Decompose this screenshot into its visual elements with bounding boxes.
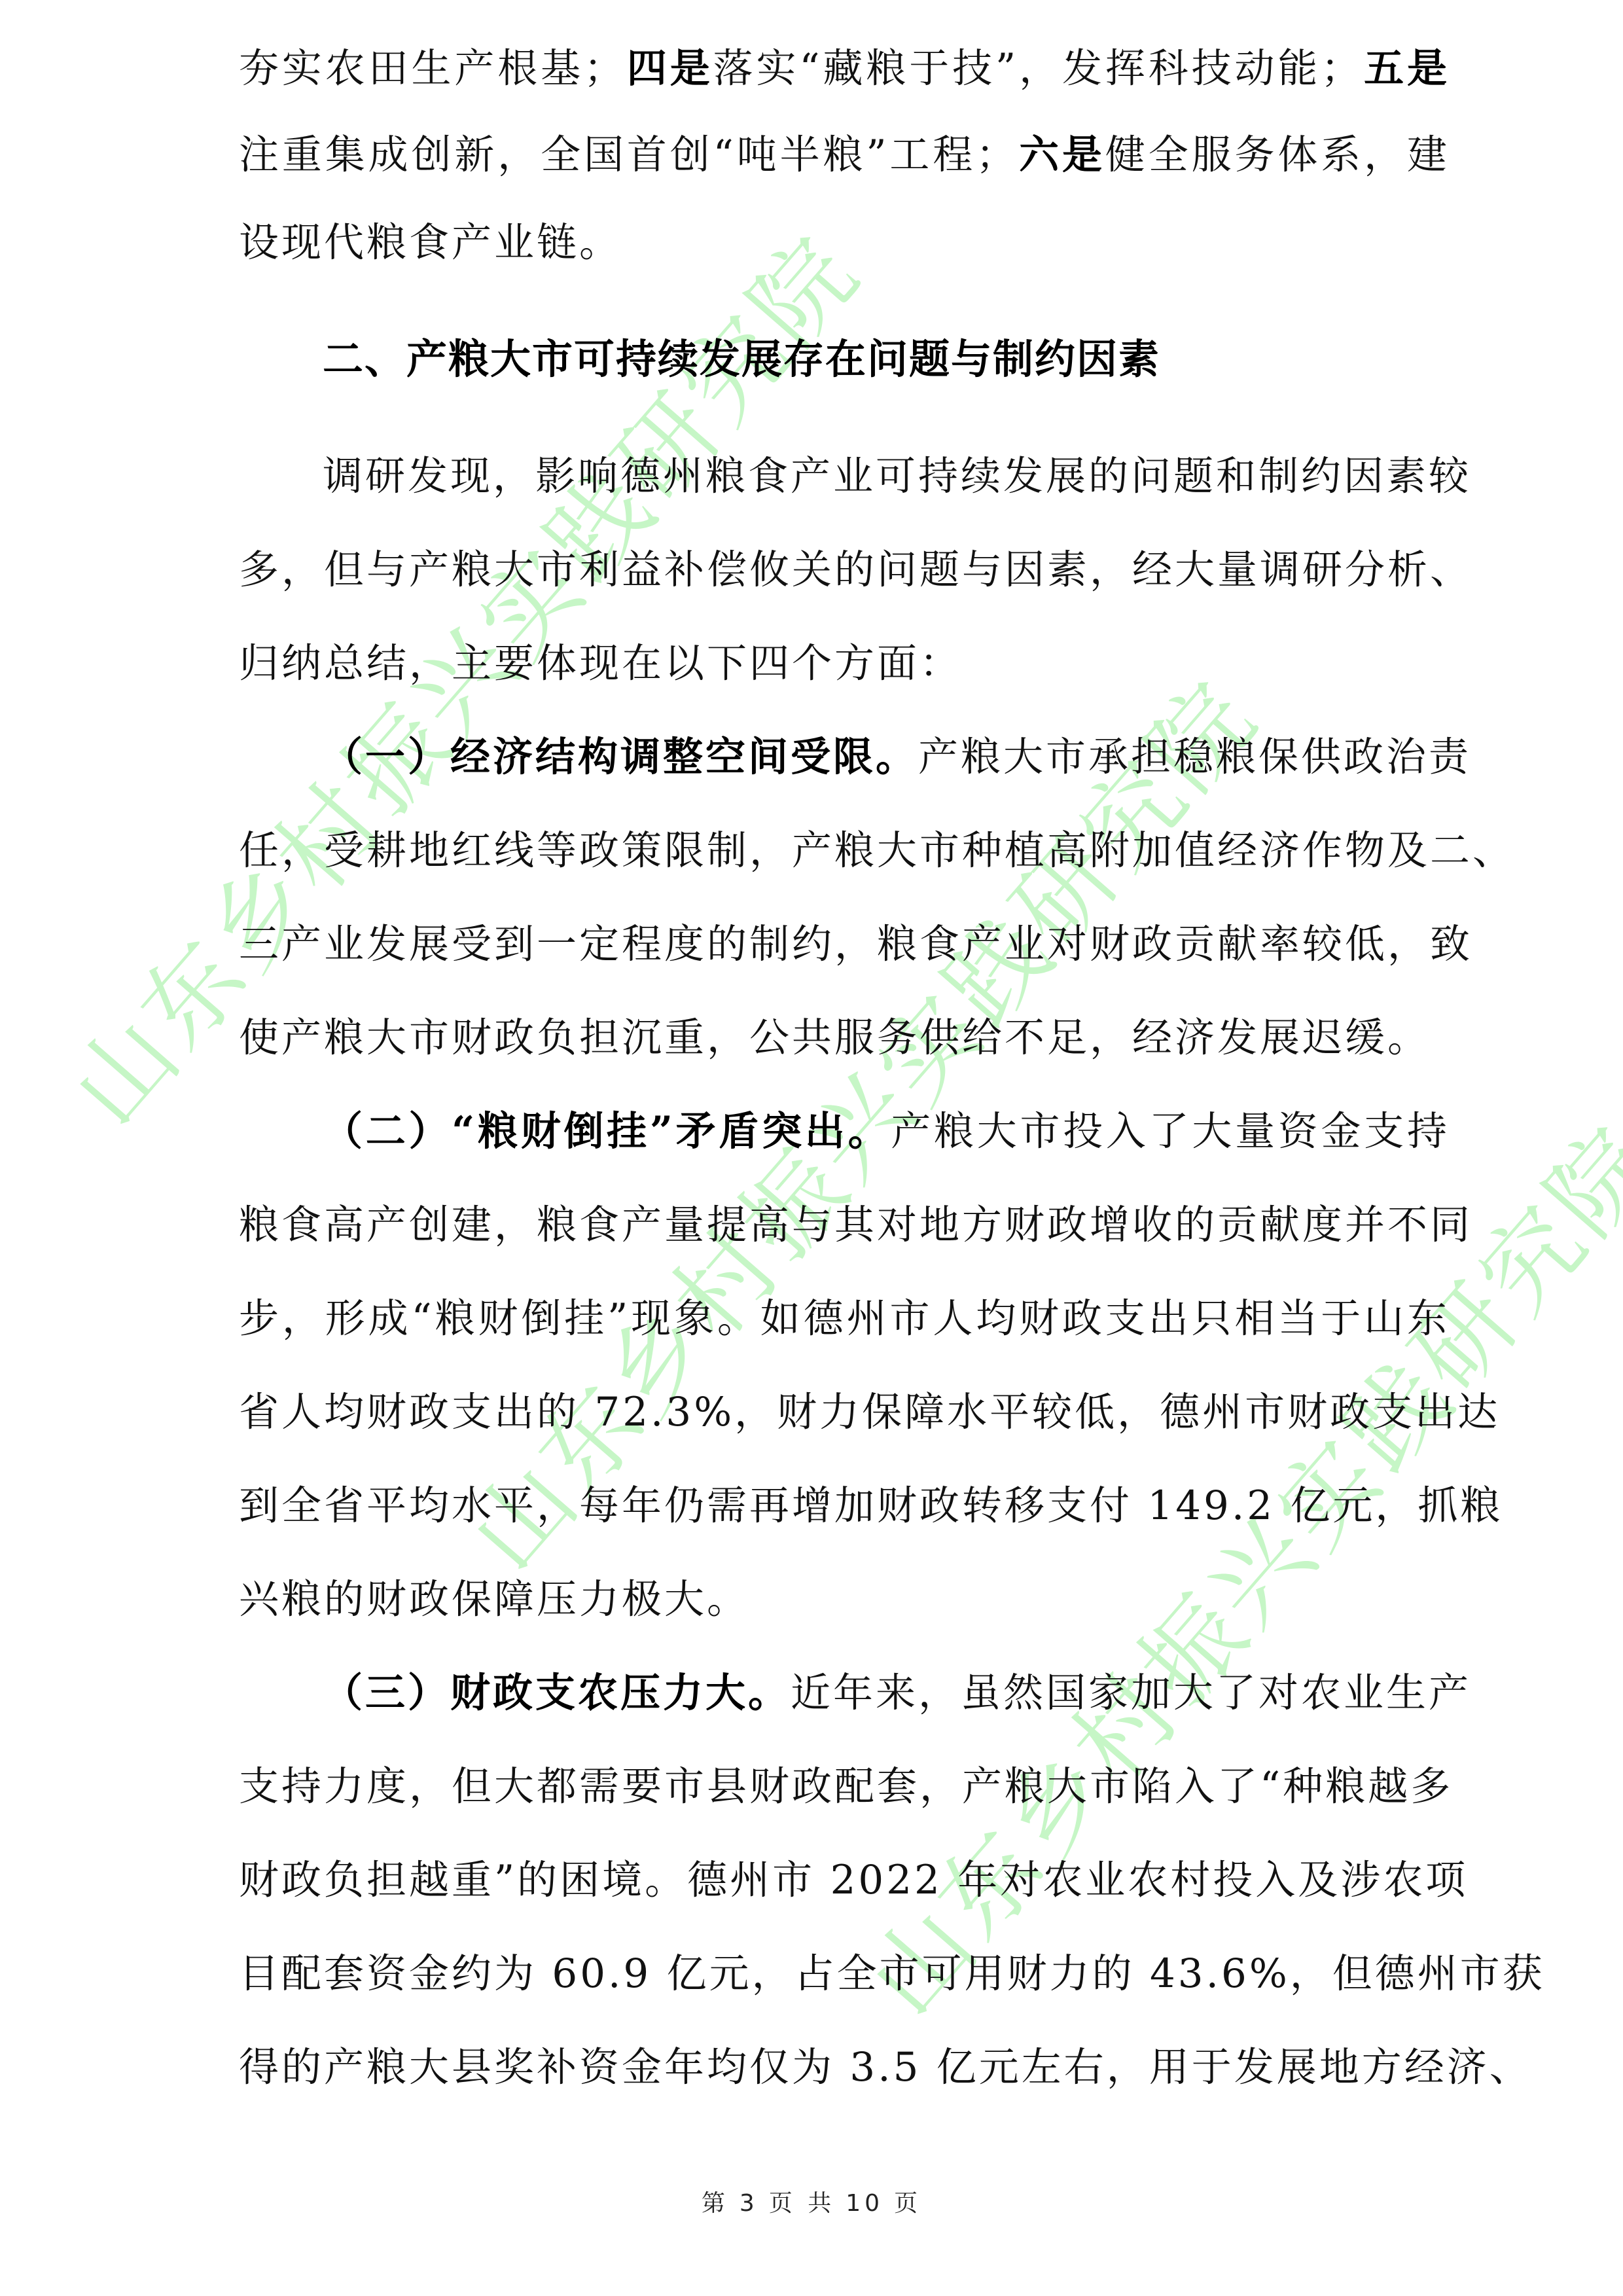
body-line: 调研发现，影响德州粮食产业可持续发展的问题和制约因素较 bbox=[323, 450, 1450, 503]
body-text: 产粮大市承担稳粮保供政治责 bbox=[918, 734, 1471, 780]
total-pages-number: 10 bbox=[846, 2190, 883, 2217]
body-text: 健全服务体系，建 bbox=[1105, 132, 1450, 178]
footer-suffix: 页 bbox=[894, 2190, 921, 2217]
body-line: 夯实农田生产根基；四是落实“藏粮于技”，发挥科技动能；五是 bbox=[239, 43, 1450, 95]
subsection-first-line: （三）财政支农压力大。近年来，虽然国家加大了对农业生产 bbox=[323, 1667, 1450, 1719]
body-text: 近年来，虽然国家加大了对农业生产 bbox=[791, 1670, 1471, 1716]
body-text: 设现代粮食产业链。 bbox=[239, 219, 622, 266]
bold-inline-label: 五是 bbox=[1363, 45, 1450, 92]
subsection-first-line: （二）“粮财倒挂”矛盾突出。产粮大市投入了大量资金支持 bbox=[323, 1105, 1450, 1158]
body-text: 注重集成创新，全国首创“吨半粮”工程； bbox=[239, 132, 1018, 178]
footer-prefix: 第 bbox=[702, 2190, 729, 2217]
body-line: 目配套资金约为 60.9 亿元，占全市可用财力的 43.6%，但德州市获 bbox=[239, 1948, 1450, 2000]
body-line: 设现代粮食产业链。 bbox=[239, 217, 1450, 269]
subsection-title: （一）经济结构调整空间受限。 bbox=[323, 734, 918, 780]
document-page: 山东乡村振兴实践研究院 山东乡村振兴实践研究院 山东乡村振兴实践研究院 夯实农田… bbox=[0, 0, 1623, 2296]
subsection-title: （二）“粮财倒挂”矛盾突出。 bbox=[323, 1108, 891, 1155]
body-line: 三产业发展受到一定程度的制约，粮食产业对财政贡献率较低，致 bbox=[239, 918, 1450, 971]
bold-inline-label: 四是 bbox=[626, 45, 713, 92]
body-text: 产粮大市投入了大量资金支持 bbox=[891, 1108, 1450, 1155]
body-line: 兴粮的财政保障压力极大。 bbox=[239, 1573, 1450, 1626]
body-text: 夯实农田生产根基； bbox=[239, 45, 626, 92]
bold-inline-label: 六是 bbox=[1018, 132, 1105, 178]
body-line: 步，形成“粮财倒挂”现象。如德州市人均财政支出只相当于山东 bbox=[239, 1293, 1450, 1345]
body-line: 粮食高产创建，粮食产量提高与其对地方财政增收的贡献度并不同 bbox=[239, 1199, 1450, 1251]
page-footer: 第3页 共10页 bbox=[0, 2185, 1623, 2218]
body-line: 财政负担越重”的困境。德州市 2022 年对农业农村投入及涉农项 bbox=[239, 1854, 1450, 1907]
body-text: 落实“藏粮于技”，发挥科技动能； bbox=[713, 45, 1364, 92]
subsection-first-line: （一）经济结构调整空间受限。产粮大市承担稳粮保供政治责 bbox=[323, 731, 1450, 783]
body-line: 任，受耕地红线等政策限制，产粮大市种植高附加值经济作物及二、 bbox=[239, 825, 1450, 877]
footer-middle: 页 共 bbox=[769, 2190, 835, 2217]
body-line: 省人均财政支出的 72.3%，财力保障水平较低，德州市财政支出达 bbox=[239, 1386, 1450, 1439]
body-line: 得的产粮大县奖补资金年均仅为 3.5 亿元左右，用于发展地方经济、 bbox=[239, 2041, 1450, 2094]
body-line: 归纳总结，主要体现在以下四个方面： bbox=[239, 637, 1450, 690]
subsection-title: （三）财政支农压力大。 bbox=[323, 1670, 791, 1716]
section-heading: 二、产粮大市可持续发展存在问题与制约因素 bbox=[323, 332, 1160, 386]
body-line: 到全省平均水平，每年仍需再增加财政转移支付 149.2 亿元，抓粮 bbox=[239, 1480, 1450, 1532]
body-line: 注重集成创新，全国首创“吨半粮”工程；六是健全服务体系，建 bbox=[239, 129, 1450, 181]
body-line: 多，但与产粮大市利益补偿攸关的问题与因素，经大量调研分析、 bbox=[239, 544, 1450, 596]
body-line: 使产粮大市财政负担沉重，公共服务供给不足，经济发展迟缓。 bbox=[239, 1012, 1450, 1064]
current-page-number: 3 bbox=[740, 2190, 758, 2217]
body-line: 支持力度，但大都需要市县财政配套，产粮大市陷入了“种粮越多 bbox=[239, 1761, 1450, 1813]
